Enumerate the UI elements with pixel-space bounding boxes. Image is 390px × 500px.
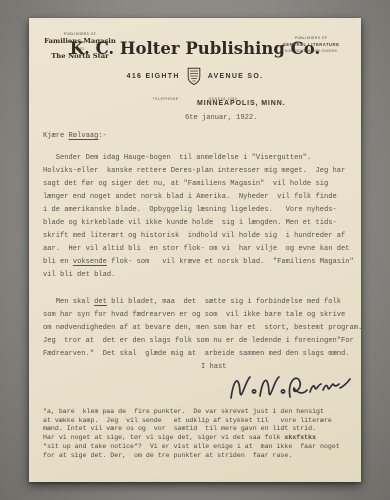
- paragraph-1-underlined-word: voksende: [73, 258, 107, 266]
- postscript-struck-word: xkxfxtkx: [284, 434, 316, 441]
- right-publishers-caption: PUBLISHERS OF: [267, 36, 355, 40]
- address-left-text: 416 EIGHTH: [127, 73, 180, 80]
- shield-emblem-icon: [187, 67, 201, 86]
- salutation-pre: Kjære: [43, 132, 69, 140]
- paragraph-2: Men skal det bli bladet, maa det sætte s…: [43, 296, 357, 361]
- paragraph-1: Sender Dem idag Hauge-bogen til anmeldel…: [43, 152, 357, 282]
- salutation-name: Rølvaag: [69, 132, 99, 140]
- address-subline: TELEPHONE GENEVA 1080: [29, 97, 361, 101]
- salutation-post: :-: [98, 132, 107, 140]
- signature-script-icon: [223, 364, 353, 412]
- letter-body: Kjære Rølvaag:- Sender Dem idag Hauge-bo…: [43, 130, 357, 374]
- address-right-text: AVENUE SO.: [208, 73, 264, 80]
- date-line: 6te januar, 1922.: [185, 114, 257, 122]
- right-general-literature: GENERAL LITERATURE: [267, 42, 355, 47]
- salutation: Kjære Rølvaag:-: [43, 130, 357, 143]
- street-address: 416 EIGHTH AVENUE SO.: [29, 67, 361, 86]
- right-songbooks: SONGBOOKS FOR CHOIRS: [267, 49, 355, 53]
- city-line: MINNEAPOLIS, MINN.: [197, 100, 286, 107]
- signature: N. N. Rønning: [223, 364, 353, 412]
- telephone-label: TELEPHONE: [153, 97, 179, 101]
- letter-page: PUBLISHERS OF Familiens Magasin AND The …: [29, 18, 361, 482]
- photo-backdrop: PUBLISHERS OF Familiens Magasin AND The …: [0, 0, 390, 500]
- paragraph-2-text-a: Men skal: [43, 298, 94, 306]
- left-publishers-caption: PUBLISHERS OF: [39, 32, 121, 36]
- paragraph-1-text-a: Sender Dem idag Hauge-bogen til anmeldel…: [43, 154, 350, 266]
- postscript: "a, bare klem paa de fire punkter. De va…: [43, 408, 361, 460]
- letterhead-right-publishers: PUBLISHERS OF GENERAL LITERATURE SONGBOO…: [267, 34, 355, 54]
- postscript-text-b: "sit up and take notice"? Vi er vist all…: [43, 443, 340, 459]
- paragraph-2-text-b: bli bladet, maa det sætte sig i forbinde…: [43, 298, 362, 358]
- paragraph-2-underlined-word: det: [94, 298, 107, 306]
